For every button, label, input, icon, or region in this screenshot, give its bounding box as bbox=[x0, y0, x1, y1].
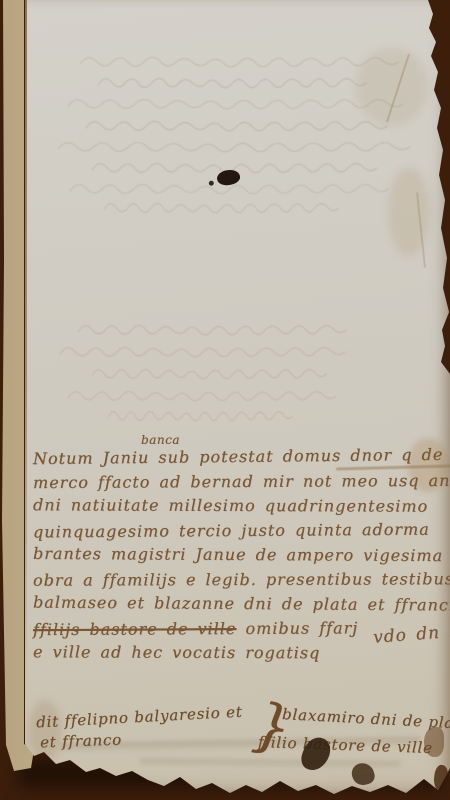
ink-splotch bbox=[424, 727, 444, 757]
bottom-note-left-line: et ffranco bbox=[40, 731, 123, 752]
closing-line: e ville ad hec vocatis rogatisq bbox=[33, 642, 445, 668]
bottom-note-left-line: dit ffelipno balyaresio et bbox=[36, 703, 243, 732]
manuscript-page: banca Notum Janiu sub potestat domus dno… bbox=[0, 0, 450, 800]
line-continuation: omibus ffarj bbox=[245, 618, 358, 638]
handwritten-line: quinquagesimo tercio justo quinta adorma bbox=[33, 519, 445, 546]
handwritten-line: balmaseo et blazanne dni de plata et ffr… bbox=[33, 593, 445, 620]
bottom-note-right-line: blaxamiro dni de plata bbox=[282, 705, 450, 733]
handwritten-line: brantes magistri Janue de ampero vigesim… bbox=[33, 544, 445, 571]
handwritten-line: obra a ffamilijs e legib. presentibus te… bbox=[33, 569, 445, 595]
fold-crease bbox=[25, 0, 27, 705]
verso-bleedthrough-upper bbox=[58, 52, 438, 232]
handwriting-block: banca Notum Janiu sub potestat domus dno… bbox=[33, 447, 445, 668]
bottom-note: dit ffelipno balyaresio et et ffranco } … bbox=[28, 702, 448, 774]
handwritten-line-struck: ffilijs bastore de ville omibus ffarj vd… bbox=[33, 617, 445, 644]
handwritten-line: Notum Janiu sub potestat domus dnor q de bbox=[33, 445, 445, 474]
interlinear-insertion: banca bbox=[141, 433, 180, 447]
manuscript-photo-stage: banca Notum Janiu sub potestat domus dno… bbox=[0, 0, 450, 800]
handwritten-line: merco ffacto ad bernad mir not meo usq a… bbox=[33, 470, 445, 497]
struck-text: ffilijs bastore de ville bbox=[33, 619, 236, 639]
verso-bleedthrough-middle bbox=[48, 320, 348, 430]
handwritten-line: dni natiuitate millesimo quadringentesim… bbox=[33, 495, 445, 521]
